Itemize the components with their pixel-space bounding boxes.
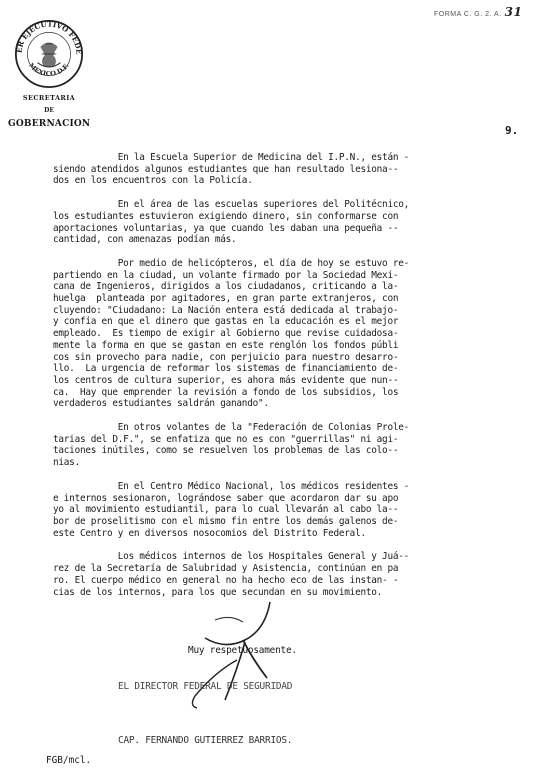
- text-line: Los médicos internos de los Hospitales G…: [53, 551, 523, 563]
- text-line: empleado. Es tiempo de exigir al Gobiern…: [53, 328, 523, 340]
- government-seal-icon: PODER EJECUTIVO FEDERAL MEXICO D.F.: [13, 18, 85, 90]
- form-identifier: FORMA C. G. 2. A.31: [434, 5, 522, 19]
- memo-paragraph: Por medio de helicópteros, el día de hoy…: [53, 258, 523, 410]
- closing-title: EL DIRECTOR FEDERAL DE SEGURIDAD: [118, 681, 297, 693]
- text-line: llo. La urgencia de reformar los sistema…: [53, 363, 523, 375]
- closing-signatory: CAP. FERNANDO GUTIERREZ BARRIOS.: [118, 735, 297, 747]
- text-line: En otros volantes de la "Federación de C…: [53, 422, 523, 434]
- text-line: rez de la Secretaría de Salubridad y Asi…: [53, 563, 523, 575]
- text-line: cluyendo: "Ciudadano: La Nación entera e…: [53, 305, 523, 317]
- memo-body: En la Escuela Superior de Medicina del I…: [53, 152, 523, 610]
- reference-initials: FGB/mcl.: [46, 755, 91, 766]
- text-line: y confía en que el dinero que gastas en …: [53, 316, 523, 328]
- text-line: cos sin provecho para nadie, con perjuic…: [53, 352, 523, 364]
- memo-paragraph: En otros volantes de la "Federación de C…: [53, 422, 523, 469]
- form-id-text: FORMA C. G. 2. A.: [434, 11, 502, 18]
- text-line: verdaderos estudiantes saldrán ganando".: [53, 398, 523, 410]
- department-line-3: GOBERNACION: [8, 119, 90, 129]
- text-line: ca. Hay que emprender la revisión a fond…: [53, 387, 523, 399]
- memo-paragraph: En la Escuela Superior de Medicina del I…: [53, 152, 523, 187]
- text-line: dos en los encuentros con la Policía.: [53, 175, 523, 187]
- text-line: este Centro y en diversos nosocomios del…: [53, 528, 523, 540]
- memo-closing: Muy respetuosamente. EL DIRECTOR FEDERAL…: [118, 621, 297, 759]
- text-line: tarias del D.F.", se enfatiza que no es …: [53, 434, 523, 446]
- text-line: e internos sesionaron, lográndose saber …: [53, 493, 523, 505]
- text-line: En la Escuela Superior de Medicina del I…: [53, 152, 523, 164]
- text-line: partiendo en la ciudad, un volante firma…: [53, 270, 523, 282]
- page-number: 9.: [505, 124, 518, 137]
- department-line-2: DE: [8, 107, 90, 114]
- text-line: ro. El cuerpo médico en general no ha he…: [53, 575, 523, 587]
- text-line: huelga planteada por agitadores, en gran…: [53, 293, 523, 305]
- memo-paragraph: En el Centro Médico Nacional, los médico…: [53, 481, 523, 540]
- text-line: siendo atendidos algunos estudiantes que…: [53, 164, 523, 176]
- text-line: cias de los internos, para los que secun…: [53, 587, 523, 599]
- text-line: los centros de cultura superior, es ahor…: [53, 375, 523, 387]
- text-line: cana de Ingenieros, dirigidos a los ciud…: [53, 281, 523, 293]
- text-line: aportaciones voluntarias, ya que cuando …: [53, 223, 523, 235]
- text-line: mente la forma en que se gastan en este …: [53, 340, 523, 352]
- closing-salutation: Muy respetuosamente.: [118, 645, 297, 657]
- text-line: bor de proselitismo con el mismo fin ent…: [53, 516, 523, 528]
- memo-paragraph: En el área de las escuelas superiores de…: [53, 199, 523, 246]
- text-line: En el área de las escuelas superiores de…: [53, 199, 523, 211]
- department-line-1: SECRETARIA: [8, 94, 90, 102]
- text-line: En el Centro Médico Nacional, los médico…: [53, 481, 523, 493]
- text-line: cantidad, con amenazas podían más.: [53, 234, 523, 246]
- text-line: Por medio de helicópteros, el día de hoy…: [53, 258, 523, 270]
- handwritten-folio-number: 31: [505, 5, 523, 19]
- memo-paragraph: Los médicos internos de los Hospitales G…: [53, 551, 523, 598]
- text-line: yo al movimiento estudiantil, para lo cu…: [53, 504, 523, 516]
- text-line: nias.: [53, 457, 523, 469]
- text-line: taciones inútiles, como se resuelven los…: [53, 445, 523, 457]
- text-line: los estudiantes estuvieron exigiendo din…: [53, 211, 523, 223]
- department-heading: SECRETARIA DE GOBERNACION: [8, 94, 90, 129]
